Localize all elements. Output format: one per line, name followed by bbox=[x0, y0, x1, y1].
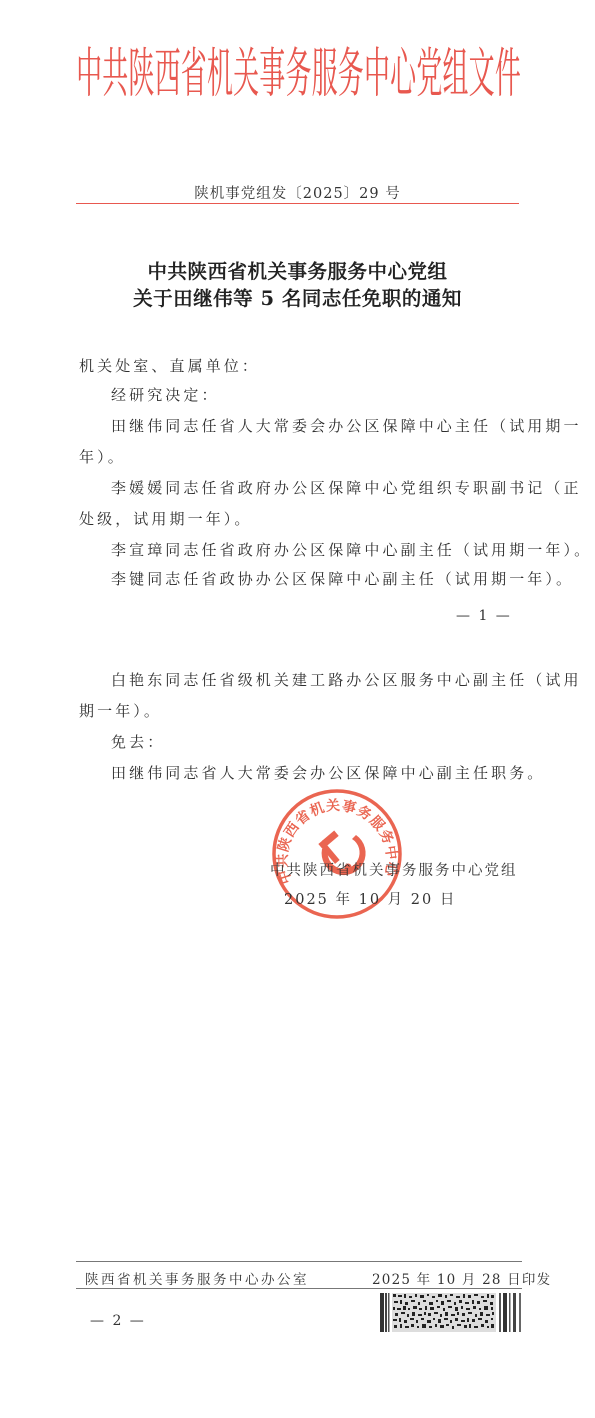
header-char: 中 bbox=[364, 48, 390, 101]
page-number-1: — 1 — bbox=[456, 608, 512, 624]
header-char: 文 bbox=[469, 48, 495, 101]
decision-intro: 经研究决定： bbox=[111, 384, 220, 405]
signature-date: 2025 年 10 月 20 日 bbox=[284, 888, 456, 909]
document-header-title: 中 共 陕 西 省 机 关 事 务 服 务 中 心 党 组 文 件 bbox=[76, 46, 521, 104]
document-barcode-icon bbox=[380, 1293, 522, 1332]
appointment-line: 李键同志任省政协办公区保障中心副主任（试用期一年）。 bbox=[111, 568, 574, 589]
footer-top-rule bbox=[76, 1261, 522, 1262]
notice-title-line2: 关于田继伟等 5 名同志任免职的通知 bbox=[0, 283, 595, 311]
header-char: 西 bbox=[155, 48, 181, 101]
header-char: 心 bbox=[390, 48, 416, 101]
footer-issuer: 陕西省机关事务服务中心办公室 bbox=[85, 1268, 309, 1288]
header-char: 关 bbox=[233, 48, 259, 101]
page-number-2: — 2 — bbox=[90, 1313, 146, 1329]
appointment-line: 年）。 bbox=[79, 446, 126, 467]
appointment-line: 李媛媛同志任省政府办公区保障中心党组织专职副书记（正 bbox=[111, 477, 582, 498]
dismissal-heading: 免去： bbox=[111, 731, 165, 752]
appointment-line: 田继伟同志任省人大常委会办公区保障中心主任（试用期一 bbox=[111, 415, 582, 436]
document-number: 陕机事党组发〔2025〕29 号 bbox=[0, 182, 595, 203]
header-char: 务 bbox=[338, 48, 364, 101]
header-char: 件 bbox=[495, 48, 521, 101]
header-char: 组 bbox=[442, 48, 468, 101]
header-char: 省 bbox=[181, 48, 207, 101]
notice-title-line1: 中共陕西省机关事务服务中心党组 bbox=[0, 256, 595, 284]
header-char: 事 bbox=[259, 48, 285, 101]
header-divider bbox=[76, 203, 519, 204]
appointment-line: 白艳东同志任省级机关建工路办公区服务中心副主任（试用 bbox=[111, 669, 582, 690]
header-char: 党 bbox=[416, 48, 442, 101]
header-char: 务 bbox=[285, 48, 311, 101]
appointment-line: 处级，试用期一年）。 bbox=[79, 508, 253, 529]
header-char: 服 bbox=[312, 48, 338, 101]
header-char: 中 bbox=[76, 48, 102, 101]
header-char: 共 bbox=[102, 48, 128, 101]
footer-bottom-rule bbox=[76, 1288, 522, 1289]
dismissal-line: 田继伟同志省人大常委会办公区保障中心副主任职务。 bbox=[111, 762, 545, 783]
header-char: 机 bbox=[207, 48, 233, 101]
signature-organization: 中共陕西省机关事务服务中心党组 bbox=[270, 859, 518, 880]
appointment-line: 李宣璋同志任省政府办公区保障中心副主任（试用期一年）。 bbox=[111, 539, 592, 560]
appointment-line: 期一年）。 bbox=[79, 700, 162, 721]
addressee: 机关处室、直属单位： bbox=[79, 355, 260, 376]
header-char: 陕 bbox=[128, 48, 154, 101]
footer-print-date: 2025 年 10 月 28 日印发 bbox=[372, 1268, 551, 1288]
